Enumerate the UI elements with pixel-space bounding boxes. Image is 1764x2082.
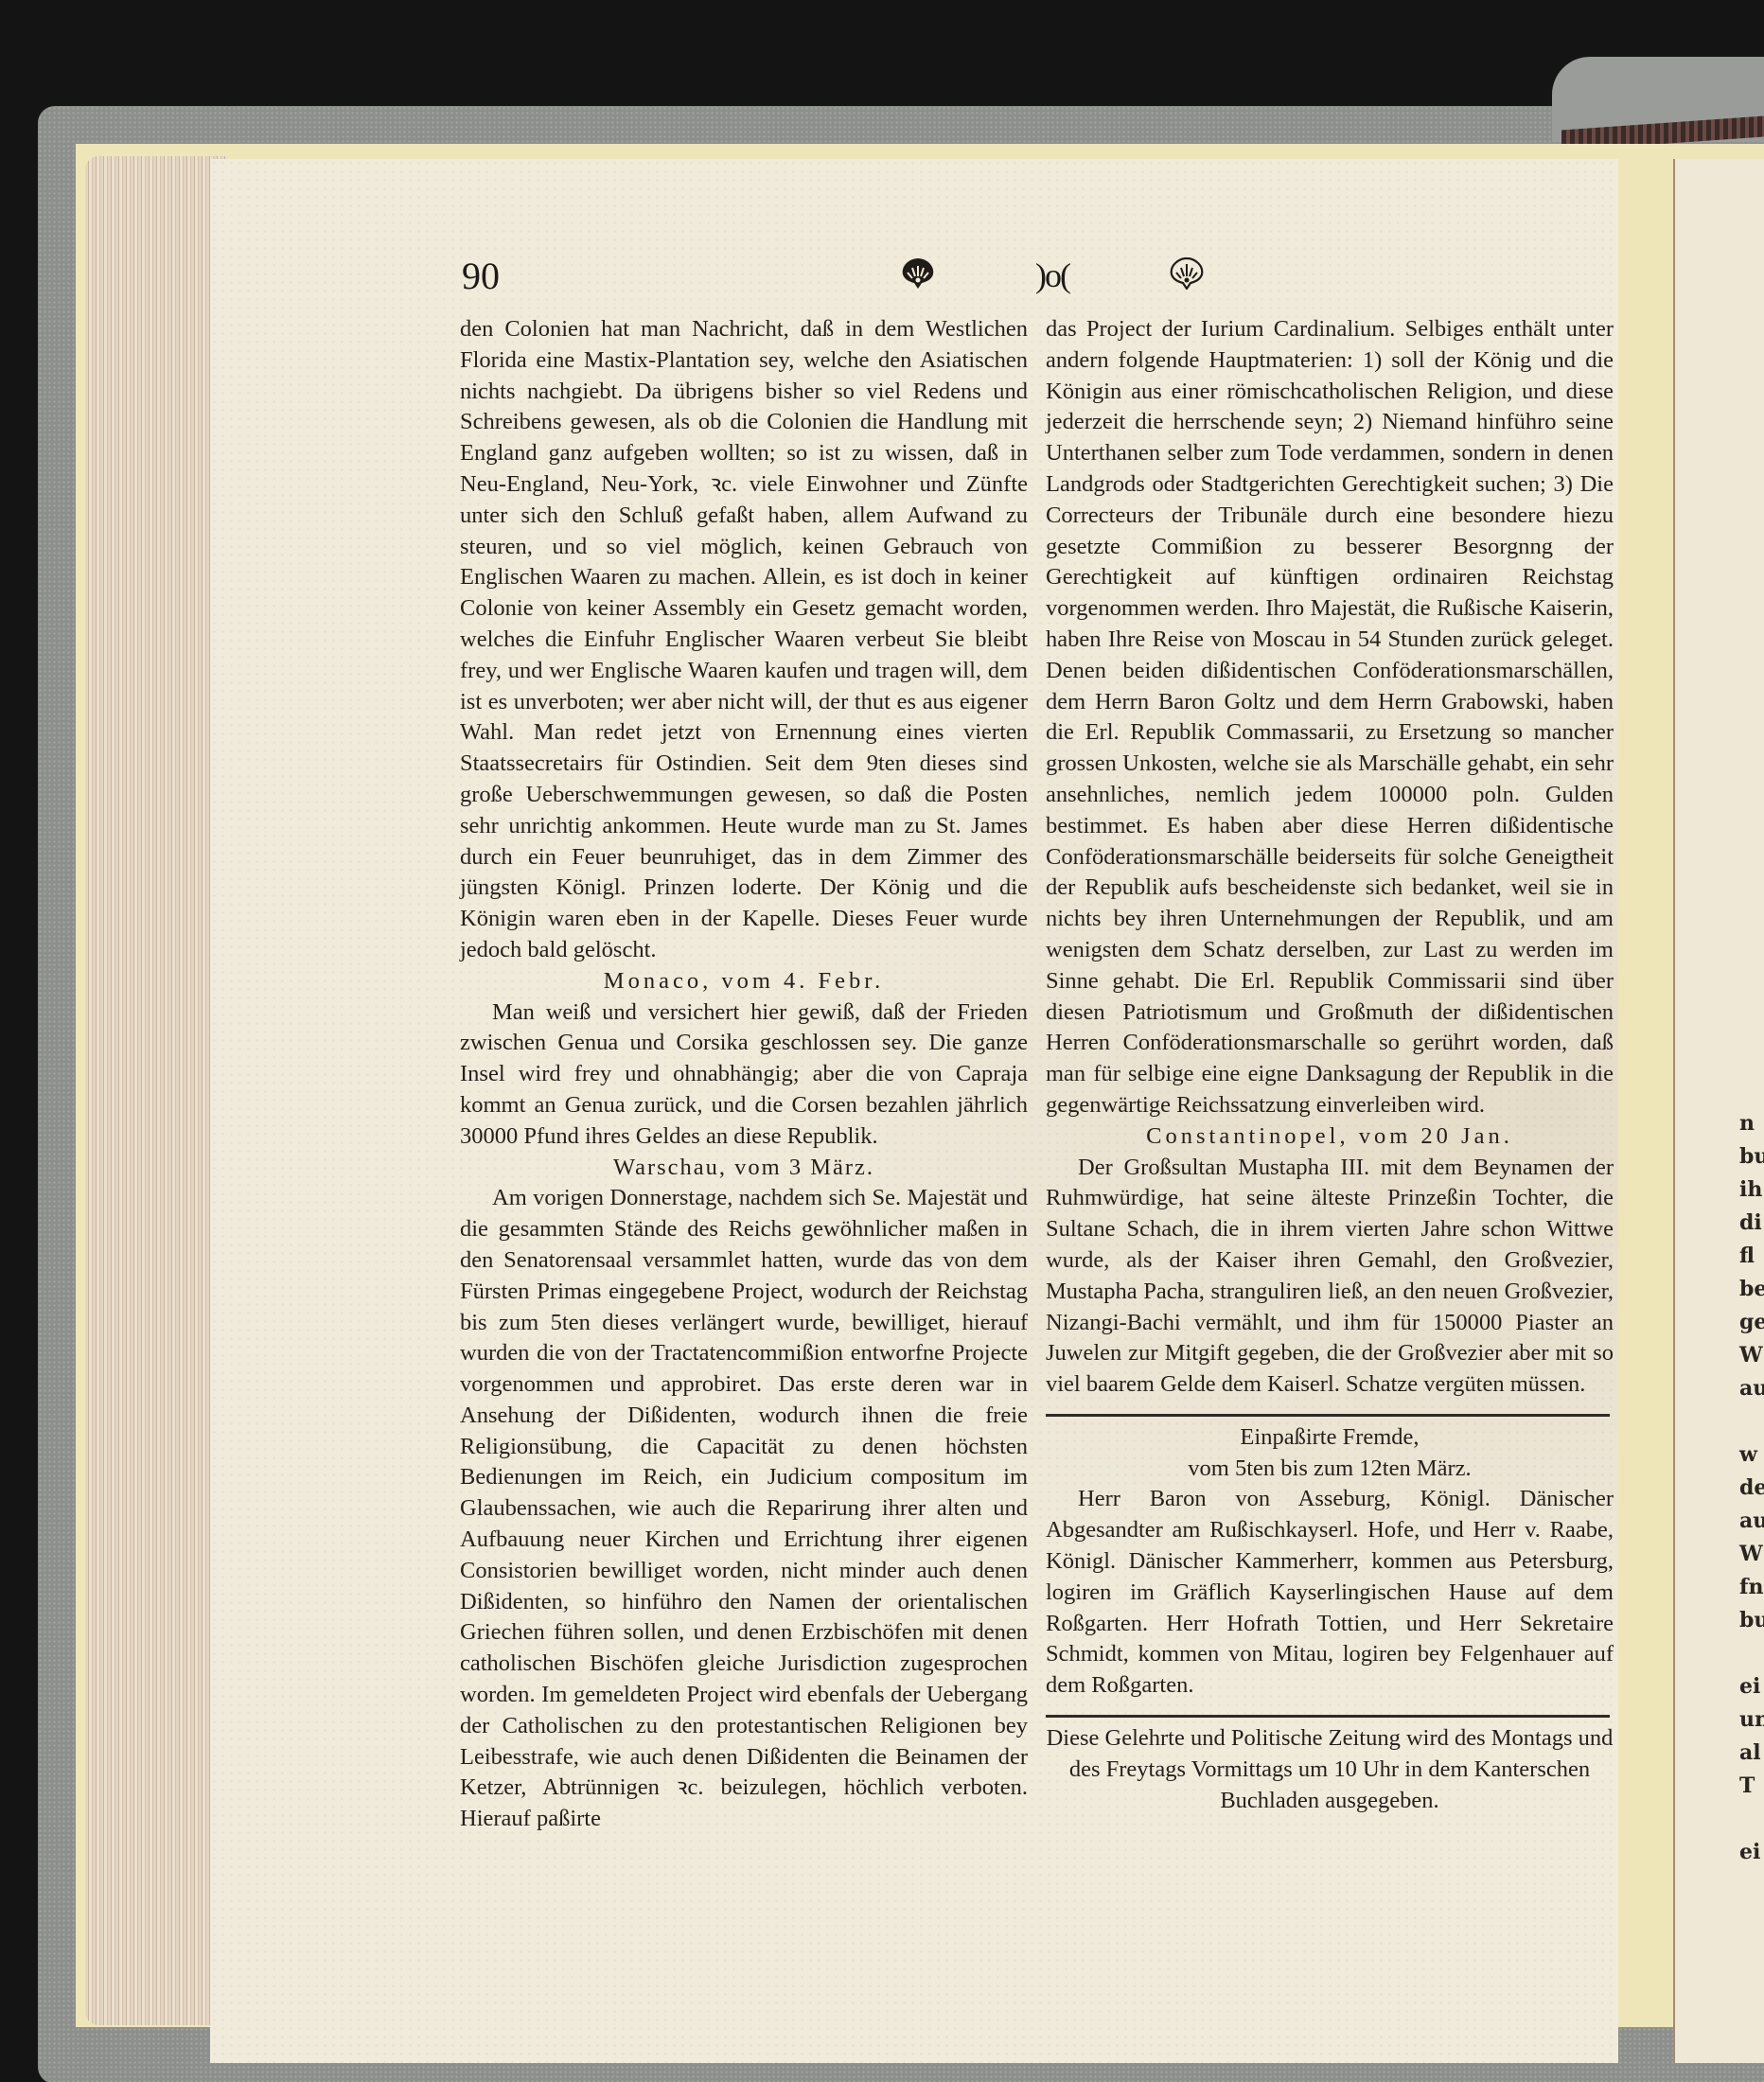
right-column: das Project der Iurium Cardinalium. Selb… [1046, 314, 1614, 1816]
left-column: den Colonien hat man Nachricht, daß in d… [460, 314, 1028, 1835]
dateline-monaco: Monaco, vom 4. Febr. [460, 966, 1028, 997]
header-ornament-mark: )o( [1035, 256, 1069, 295]
article-warschau: Am vorigen Donnerstage, nachdem sich Se.… [460, 1183, 1028, 1835]
arrivals-title: Einpaßirte Fremde, [1046, 1422, 1614, 1454]
article-warschau-continued: das Project der Iurium Cardinalium. Selb… [1046, 314, 1614, 1121]
section-divider [1046, 1414, 1610, 1417]
arrivals-subtitle: vom 5ten bis zum 12ten März. [1046, 1454, 1614, 1485]
scallop-shell-ornament-icon [1168, 257, 1206, 290]
page-header: 90 )o( [462, 257, 1597, 295]
scallop-shell-ornament-icon [899, 257, 937, 290]
article-london-continued: den Colonien hat man Nachricht, daß in d… [460, 314, 1028, 966]
next-page-text-fragment: n bu ih di fl be ge W au w de au W fn bu… [1739, 1107, 1764, 1869]
dateline-constantinopel: Constantinopel, vom 20 Jan. [1046, 1121, 1614, 1153]
arrivals-list: Herr Baron von Asseburg, Königl. Dänisch… [1046, 1484, 1614, 1702]
article-monaco: Man weiß und versichert hier gewiß, daß … [460, 997, 1028, 1153]
page-fore-edge [85, 156, 227, 2025]
article-constantinopel: Der Großsultan Mustapha III. mit dem Bey… [1046, 1153, 1614, 1401]
page-number: 90 [462, 254, 500, 298]
colophon: Diese Gelehrte und Politische Zeitung wi… [1046, 1723, 1614, 1816]
colophon-divider [1046, 1715, 1610, 1718]
dateline-warschau: Warschau, vom 3 März. [460, 1153, 1028, 1184]
